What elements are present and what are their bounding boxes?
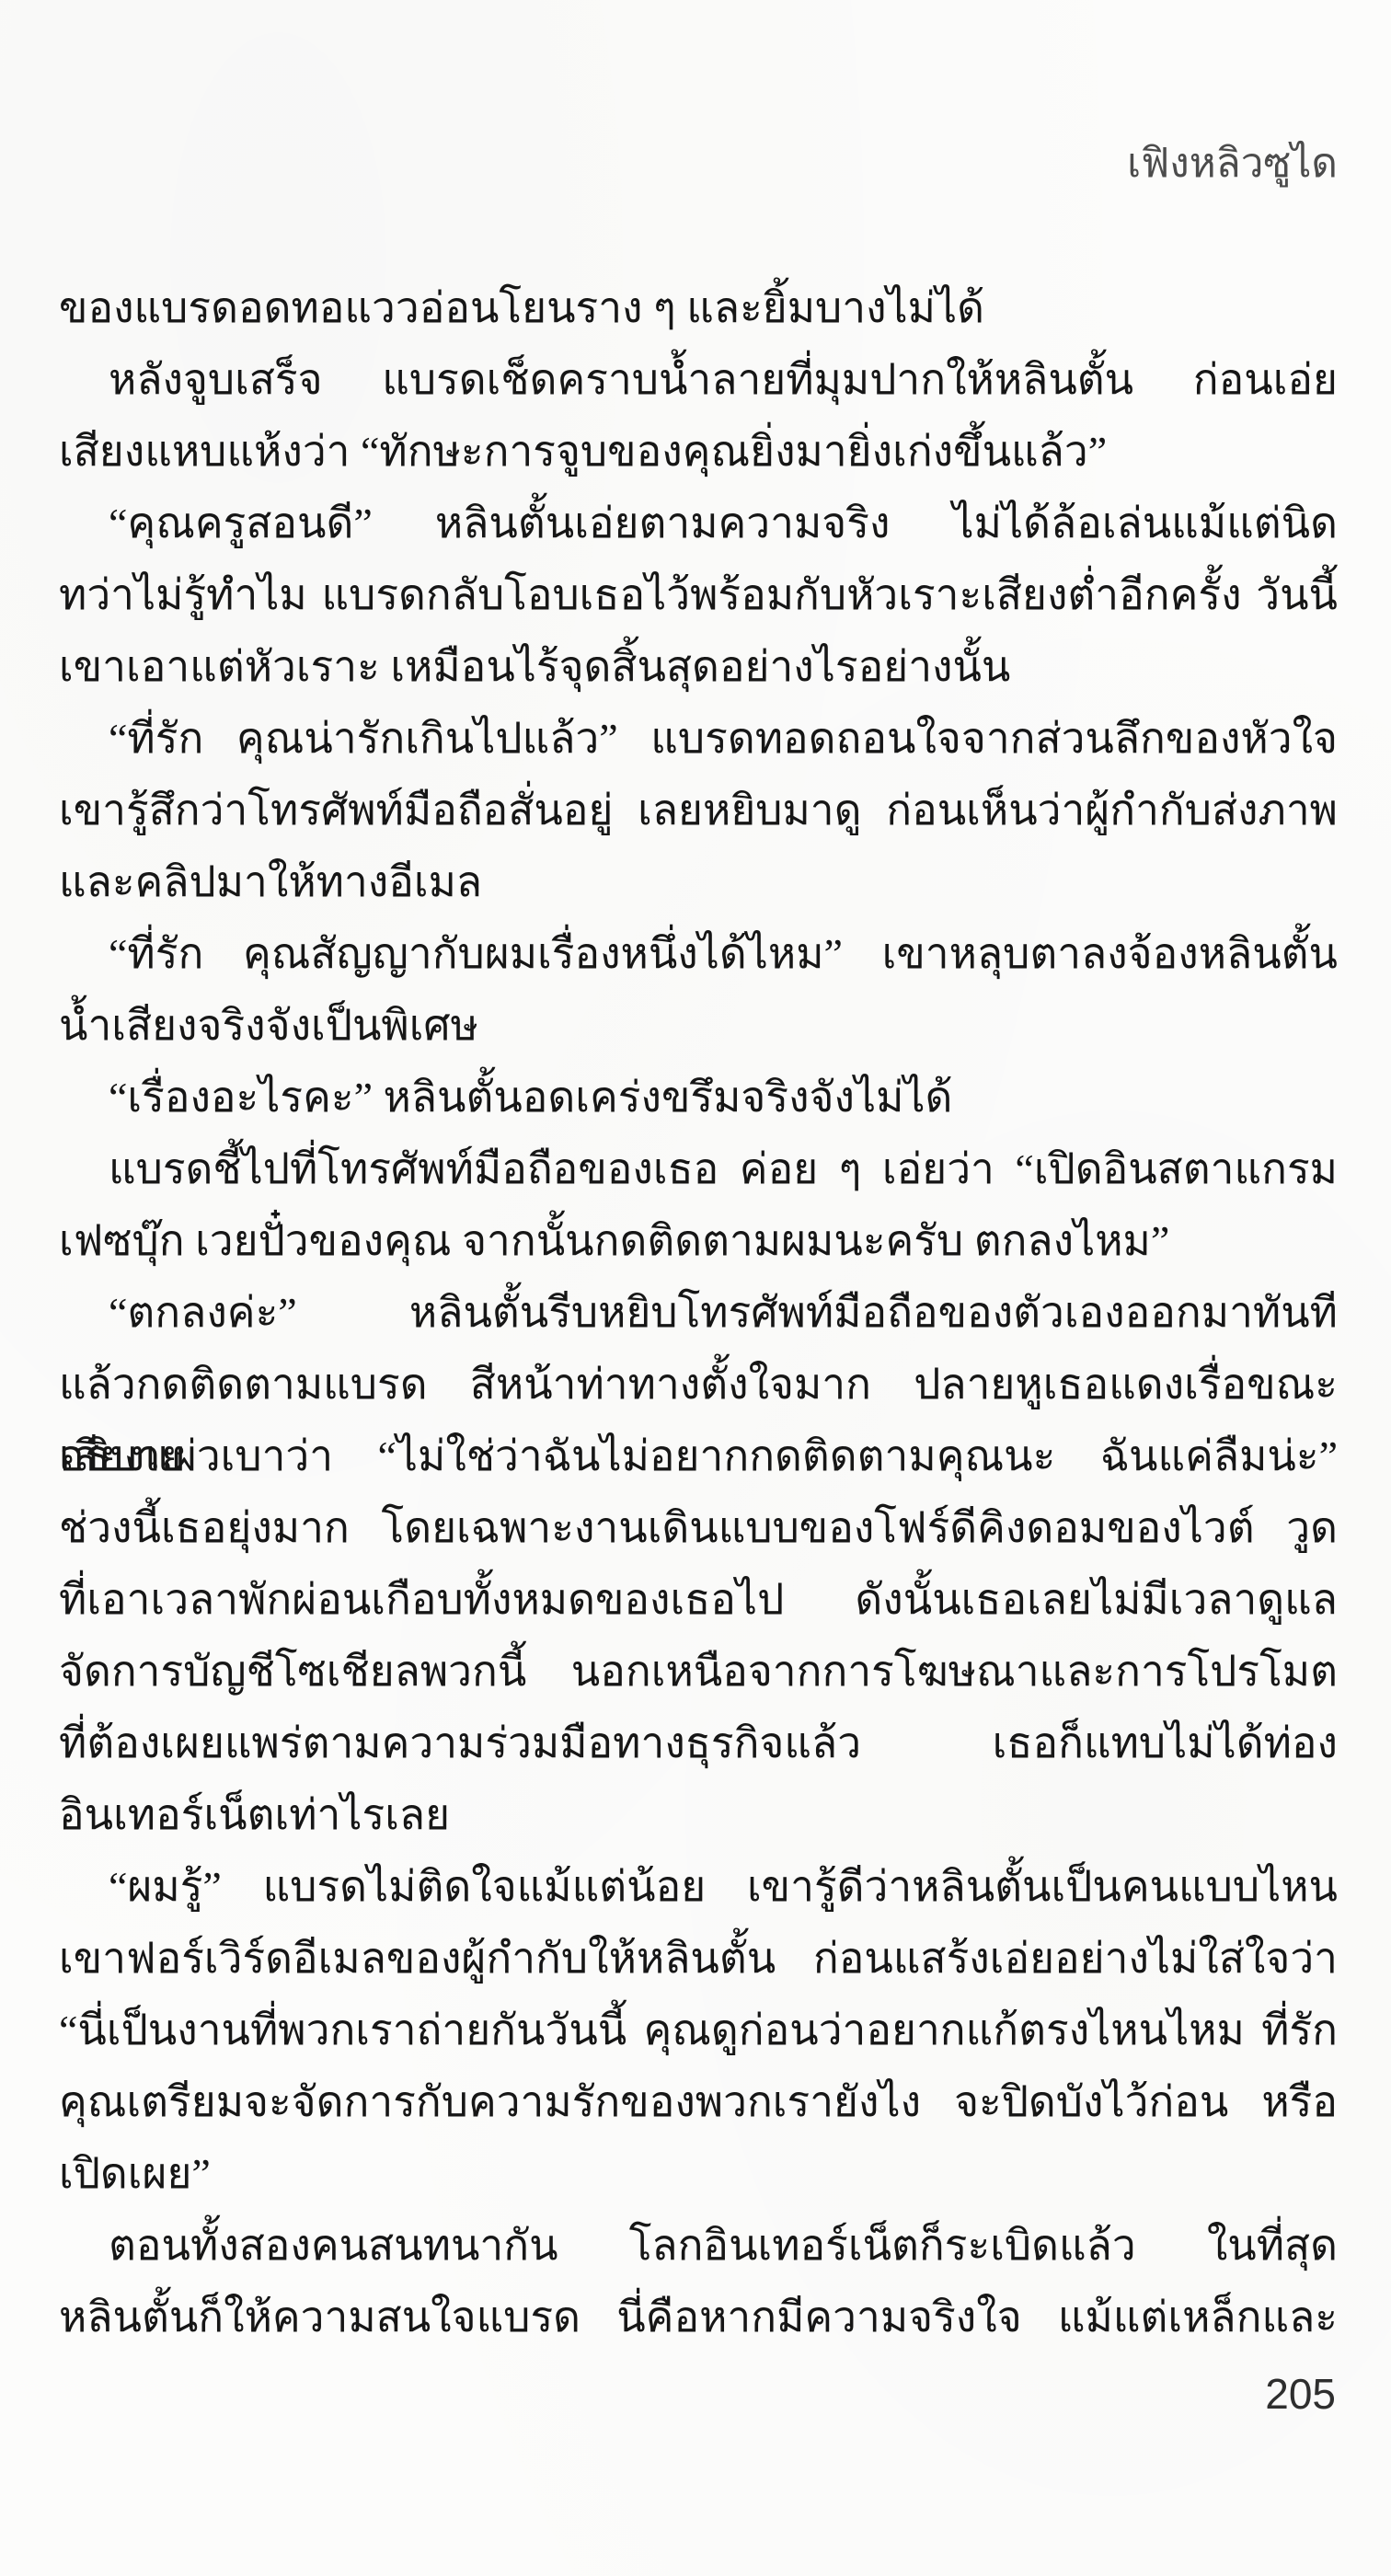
text-line: เขาฟอร์เวิร์ดอีเมลของผู้กำกับให้หลินตั้น… bbox=[59, 1923, 1338, 1995]
text-line: เขารู้สึกว่าโทรศัพท์มือถือสั่นอยู่ เลยหย… bbox=[59, 775, 1338, 846]
text-line: ทว่าไม่รู้ทำไม แบรดกลับโอบเธอไว้พร้อมกับ… bbox=[59, 559, 1338, 631]
text-line: เขาเอาแต่หัวเราะ เหมือนไร้จุดสิ้นสุดอย่า… bbox=[59, 631, 1338, 703]
text-line: เฟซบุ๊ก เวยปั๋วของคุณ จากนั้นกดติดตามผมน… bbox=[59, 1205, 1338, 1277]
text-line: “คุณครูสอนดี” หลินตั้นเอ่ยตามความจริง ไม… bbox=[59, 488, 1338, 559]
text-line: ของแบรดอดทอแววอ่อนโยนราง ๆ และยิ้มบางไม่… bbox=[59, 272, 1338, 344]
text-line: ตอนทั้งสองคนสนทนากัน โลกอินเทอร์เน็ตก็ระ… bbox=[59, 2210, 1338, 2282]
text-line: น้ำเสียงจริงจังเป็นพิเศษ bbox=[59, 990, 1338, 1062]
text-line: “นี่เป็นงานที่พวกเราถ่ายกันวันนี้ คุณดูก… bbox=[59, 1995, 1338, 2066]
text-line: แล้วกดติดตามแบรด สีหน้าท่าทางตั้งใจมาก ป… bbox=[59, 1349, 1338, 1420]
text-line: แบรดชี้ไปที่โทรศัพท์มือถือของเธอ ค่อย ๆ … bbox=[59, 1133, 1338, 1205]
text-line: “ผมรู้” แบรดไม่ติดใจแม้แต่น้อย เขารู้ดีว… bbox=[59, 1851, 1338, 1923]
text-line: เปิดเผย” bbox=[59, 2138, 1338, 2210]
text-line: ที่เอาเวลาพักผ่อนเกือบทั้งหมดของเธอไป ดั… bbox=[59, 1564, 1338, 1636]
text-line: “ที่รัก คุณน่ารักเกินไปแล้ว” แบรดทอดถอนใ… bbox=[59, 703, 1338, 775]
page-number: 205 bbox=[1265, 2366, 1336, 2421]
text-line: และคลิปมาให้ทางอีเมล bbox=[59, 846, 1338, 918]
book-page: เฟิงหลิวซูได ของแบรดอดทอแววอ่อนโยนราง ๆ … bbox=[0, 0, 1391, 2576]
text-line: หลินตั้นก็ให้ความสนใจแบรด นี่คือหากมีควา… bbox=[59, 2282, 1338, 2353]
text-line: “เรื่องอะไรคะ” หลินตั้นอดเคร่งขรึมจริงจั… bbox=[59, 1062, 1338, 1133]
body-text: ของแบรดอดทอแววอ่อนโยนราง ๆ และยิ้มบางไม่… bbox=[59, 272, 1338, 2353]
text-line: หลังจูบเสร็จ แบรดเช็ดคราบน้ำลายที่มุมปาก… bbox=[59, 344, 1338, 416]
text-line: จัดการบัญชีโซเชียลพวกนี้ นอกเหนือจากการโ… bbox=[59, 1636, 1338, 1708]
text-line: คุณเตรียมจะจัดการกับความรักของพวกเรายังไ… bbox=[59, 2066, 1338, 2138]
running-header: เฟิงหลิวซูได bbox=[1127, 136, 1338, 191]
text-line: เสียงแหบแห้งว่า “ทักษะการจูบของคุณยิ่งมา… bbox=[59, 416, 1338, 488]
text-line: อินเทอร์เน็ตเท่าไรเลย bbox=[59, 1779, 1338, 1851]
text-line: ช่วงนี้เธอยุ่งมาก โดยเฉพาะงานเดินแบบของโ… bbox=[59, 1492, 1338, 1564]
text-line: เสียงแผ่วเบาว่า “ไม่ใช่ว่าฉันไม่อยากกดติ… bbox=[59, 1420, 1338, 1492]
text-line: ที่ต้องเผยแพร่ตามความร่วมมือทางธุรกิจแล้… bbox=[59, 1708, 1338, 1779]
text-line: “ตกลงค่ะ” หลินตั้นรีบหยิบโทรศัพท์มือถือข… bbox=[59, 1277, 1338, 1349]
text-line: “ที่รัก คุณสัญญากับผมเรื่องหนึ่งได้ไหม” … bbox=[59, 918, 1338, 990]
